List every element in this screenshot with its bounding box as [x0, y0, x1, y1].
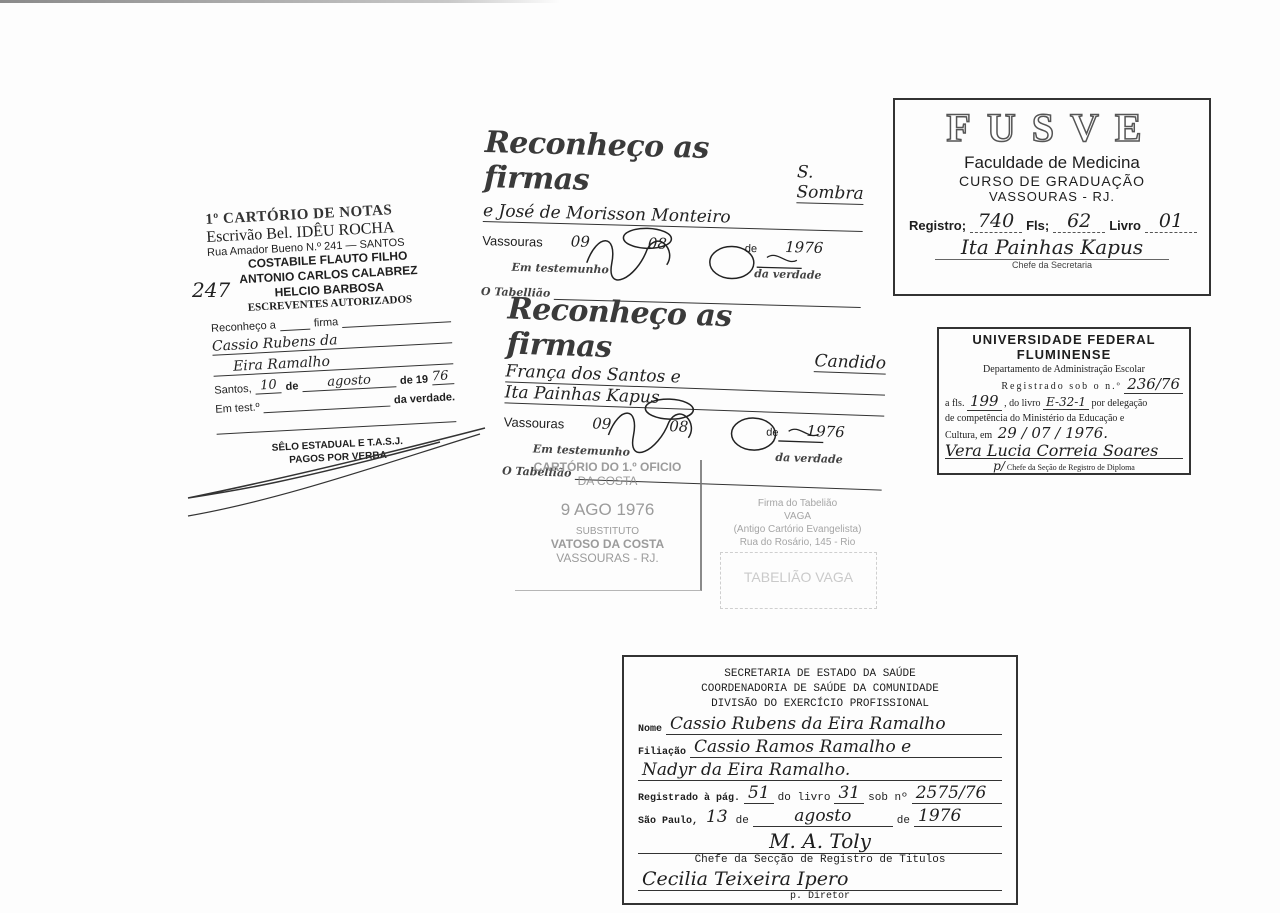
nome-label: Nome [638, 724, 662, 735]
course-name: CURSO DE GRADUAÇÃO [895, 173, 1209, 189]
de-label: de [736, 815, 749, 827]
header-line: SECRETARIA DE ESTADO DA SAÚDE [638, 667, 1002, 682]
fls-value: 62 [1053, 210, 1105, 233]
day-value: 13 [702, 807, 732, 827]
registro-label: Registro; [909, 218, 966, 233]
firma-label: firma [313, 316, 338, 329]
verdade-label: da verdade. [394, 391, 456, 406]
city-label: Vassouras [482, 233, 543, 250]
livro-label: , do livro [1004, 398, 1040, 409]
month-value: agosto [753, 806, 893, 827]
reconheco-heading: Reconheço as firmas [483, 125, 794, 203]
faculty-name: Faculdade de Medicina [895, 153, 1209, 173]
registro-value: 740 [970, 210, 1022, 233]
nome-row: Nome Cassio Rubens da Eira Ramalho [638, 714, 1002, 735]
stamp-line: VASSOURAS - RJ. [515, 551, 700, 565]
day-value: 10 [255, 377, 282, 394]
city-label: São Paulo, [638, 816, 698, 827]
handwritten-signatory: S. Sombra [796, 162, 864, 205]
tabeliao-signature [576, 223, 817, 289]
stamp-line: VATOSO DA COSTA [515, 537, 700, 551]
chefe-signature: M. A. Toly [638, 829, 1002, 854]
signer-title: Chefe da Secretaria [935, 259, 1169, 270]
stamp-header: SECRETARIA DE ESTADO DA SAÚDE COORDENADO… [638, 667, 1002, 712]
stamp-date: 9 AGO 1976 [515, 500, 700, 520]
year-prefix: de 19 [400, 374, 429, 387]
fls-label: Fls; [1026, 218, 1049, 233]
pag-value: 51 [744, 783, 774, 804]
header-line: COORDENADORIA DE SAÚDE DA COMUNIDADE [638, 682, 1002, 697]
numero-value: 2575/76 [912, 783, 1002, 804]
sob-label: sob nº [868, 792, 908, 804]
livro-value: E-32-1 [1043, 395, 1089, 410]
pp-mark: p/ [993, 459, 1005, 473]
livro-label: do livro [778, 792, 831, 804]
reconheco-label: Reconheço a [211, 319, 276, 334]
fls-label: a fls. [945, 398, 964, 409]
cultura-label: Cultura, em [945, 430, 992, 441]
registrado-label: Registrado sob o n.º [1001, 381, 1121, 392]
year-suffix: 76 [432, 368, 455, 385]
year-value: 1976 [914, 806, 1002, 827]
stamp-line: SUBSTITUTO [515, 526, 700, 537]
director-signature: Cecilia Teixeira Ipero [638, 868, 1002, 891]
de-label: de [897, 815, 910, 827]
registro-number: 236/76 [1124, 375, 1183, 394]
reconheco-heading: Reconheço as firmas [506, 291, 813, 372]
signer-title: Chefe da Seção de Registro de Diploma [1007, 463, 1135, 472]
tabeliao-stamp: Firma do Tabelião VAGA (Antigo Cartório … [715, 497, 880, 549]
filiacao-value: Nadyr da Eira Ramalho. [638, 760, 1002, 781]
secretaria-saude-stamp: SECRETARIA DE ESTADO DA SAÚDE COORDENADO… [622, 655, 1018, 905]
stamp-line: Firma do Tabelião [715, 497, 880, 510]
fusve-stamp: FUSVE Faculdade de Medicina CURSO DE GRA… [893, 98, 1211, 296]
registro-row: Registrado à pág. 51 do livro 31 sob nº … [638, 783, 1002, 804]
uff-stamp: UNIVERSIDADE FEDERAL FLUMINENSE Departam… [937, 327, 1191, 475]
stamp-line: (Antigo Cartório Evangelista) [715, 523, 880, 536]
em-test-label: Em test.º [215, 401, 260, 415]
registrado-label: Registrado à pág. [638, 793, 740, 804]
signature-flourish [180, 420, 490, 520]
handwritten-signatory: Candido [814, 351, 886, 374]
tabeliao-signature [598, 395, 840, 463]
livro-value: 31 [834, 783, 864, 804]
university-name: UNIVERSIDADE FEDERAL FLUMINENSE [945, 332, 1183, 362]
secretaria-signature: Ita Painhas Kapus [895, 235, 1209, 259]
vassouras-cartorio-stamp: CARTÓRIO DO 1.º OFICIO DA COSTA 9 AGO 19… [515, 460, 702, 591]
director-title: p. Diretor [638, 891, 1002, 902]
livro-value: 01 [1145, 210, 1197, 233]
chefe-title: Chefe da Secção de Registro de Titulos [638, 854, 1002, 866]
city-label: Vassouras [504, 414, 565, 431]
header-line: DIVISÃO DO EXERCÍCIO PROFISSIONAL [638, 697, 1002, 712]
stamp-line: VAGA [715, 510, 880, 523]
date-row: São Paulo, 13 de agosto de 1976 [638, 806, 1002, 827]
fls-value: 199 [967, 392, 1002, 411]
stamp-line: Rua do Rosário, 145 - Rio [715, 536, 880, 549]
de-label: de [285, 380, 298, 393]
stamp-line: TABELIÃO VAGA [721, 569, 876, 585]
chefe-signature: Vera Lucia Correia Soares [945, 443, 1183, 459]
delegacao-text: por delegação [1091, 398, 1147, 409]
registro-row: Registro; 740 Fls; 62 Livro 01 [895, 204, 1209, 233]
city-name: VASSOURAS - RJ. [895, 189, 1209, 204]
tabeliao-box-stamp: TABELIÃO VAGA [720, 552, 877, 609]
nome-value: Cassio Rubens da Eira Ramalho [666, 714, 1002, 735]
month-value: agosto [302, 371, 396, 392]
filiacao-value: Cassio Ramos Ramalho e [690, 737, 1002, 758]
stamp-line: DA COSTA [515, 474, 700, 488]
scan-edge-shadow [0, 0, 560, 3]
fusve-acronym: FUSVE [895, 104, 1209, 151]
filiacao-label: Filiação [638, 747, 686, 758]
city-label: Santos, [214, 383, 252, 397]
registration-date: 29 / 07 / 1976. [995, 424, 1111, 442]
stamp-line: CARTÓRIO DO 1.º OFICIO [515, 460, 700, 474]
filiacao-row: Filiação Cassio Ramos Ramalho e [638, 737, 1002, 758]
livro-label: Livro [1109, 218, 1141, 233]
reconheco-block: Reconheço as firmas S. Sombra e José de … [481, 125, 865, 308]
